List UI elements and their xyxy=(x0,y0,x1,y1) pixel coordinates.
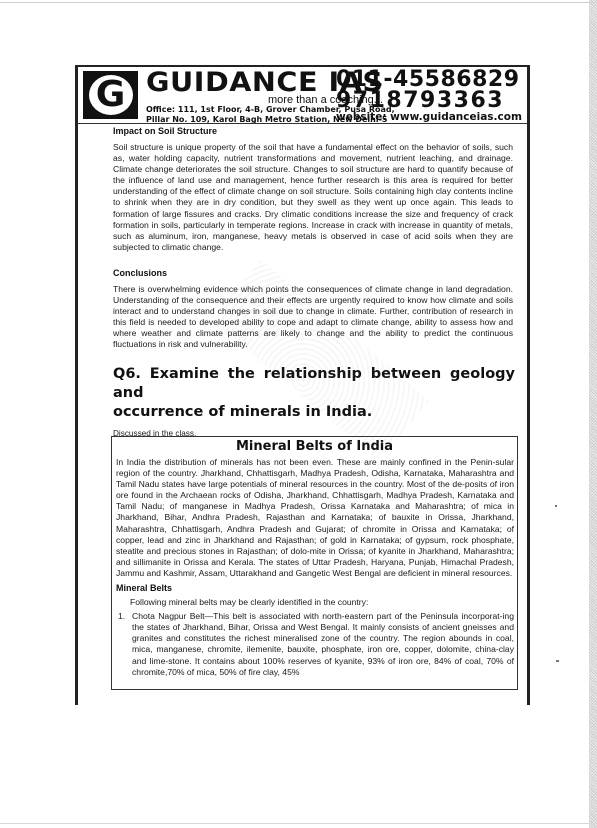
conclusions-section: Conclusions There is overwhelming eviden… xyxy=(113,268,513,351)
mineral-belts-body: In India the distribution of minerals ha… xyxy=(116,457,514,678)
page-frame-left xyxy=(75,65,78,705)
list-item: 1. Chota Nagpur Belt—This belt is associ… xyxy=(116,611,514,678)
phone-mobile: 9718793363 xyxy=(336,88,504,113)
list-item-text: Chota Nagpur Belt—This belt is associate… xyxy=(132,611,514,676)
scan-speck xyxy=(556,660,559,662)
scan-top-edge xyxy=(0,2,597,3)
mineral-belts-lead: Following mineral belts may be clearly i… xyxy=(116,597,514,608)
scan-right-edge xyxy=(589,0,597,828)
question-title-line-2: occurrence of minerals in India. xyxy=(113,403,515,422)
scan-bottom-edge xyxy=(0,823,590,824)
scan-speck xyxy=(555,505,557,507)
letterhead: G GUIDANCE IAS more than a coaching... O… xyxy=(78,67,527,124)
logo-letter: G xyxy=(89,75,133,115)
question-section: Q6. Examine the relationship between geo… xyxy=(113,365,515,439)
page-frame-right xyxy=(527,65,530,705)
conclusions-heading: Conclusions xyxy=(113,268,513,278)
impact-section: Impact on Soil Structure Soil structure … xyxy=(113,126,513,253)
mineral-intro: In India the distribution of minerals ha… xyxy=(116,457,514,579)
mineral-belts-subheading: Mineral Belts xyxy=(116,583,514,593)
question-title-line-1: Q6. Examine the relationship between geo… xyxy=(113,365,515,403)
conclusions-paragraph: There is overwhelming evidence which poi… xyxy=(113,284,513,351)
impact-heading: Impact on Soil Structure xyxy=(113,126,513,136)
mineral-belts-box: Mineral Belts of India In India the dist… xyxy=(111,436,518,690)
website-link[interactable]: website: www.guidanceias.com xyxy=(336,111,522,123)
header-divider xyxy=(78,123,527,124)
guidance-logo-icon: G xyxy=(83,71,138,119)
impact-paragraph: Soil structure is unique property of the… xyxy=(113,142,513,253)
list-item-number: 1. xyxy=(118,611,125,622)
mineral-belts-title: Mineral Belts of India xyxy=(112,439,517,454)
